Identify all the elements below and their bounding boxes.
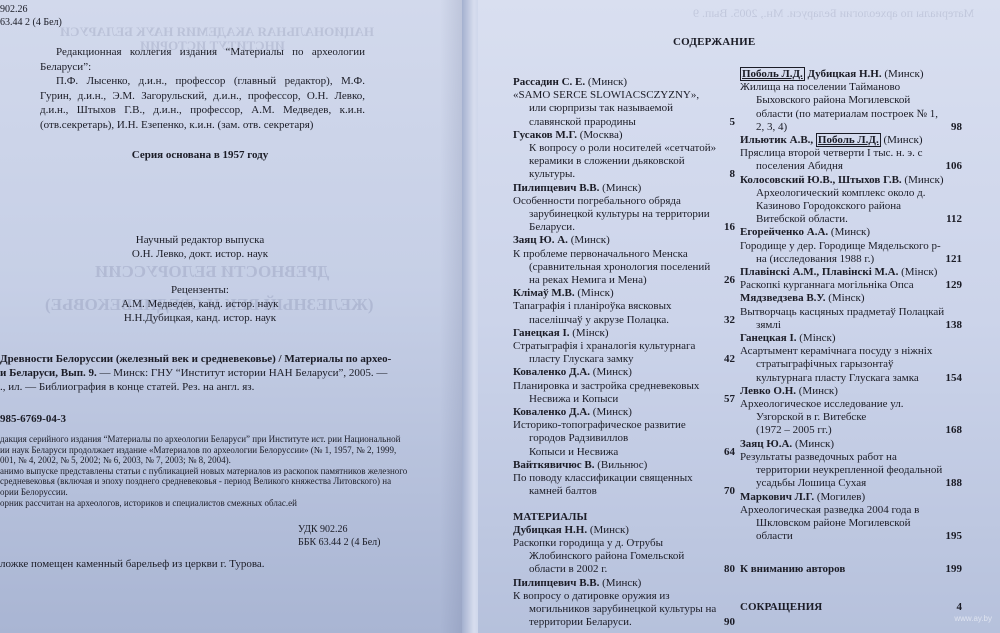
toc-page-number: 70 <box>724 485 735 498</box>
toc-author: Колосовский Ю.В., Штыхов Г.В. (Минск) <box>740 174 962 187</box>
editorial-board-intro: Редакционная коллегия издания “Материалы… <box>40 45 365 74</box>
toc-entry[interactable]: Пилипцевич В.В. (Минск)К вопросу о датир… <box>513 577 735 630</box>
toc-author: Клімаў М.В. (Мінск) <box>513 287 735 300</box>
toc-author-city: (Мінск) <box>828 292 864 304</box>
toc-author: Рассадин С. Е. (Минск) <box>513 76 735 89</box>
bibliographic-title: Древности Белоруссии (железный век и сре… <box>0 353 391 365</box>
toc-entry-title: территории неукрепленной феодальной <box>740 464 962 477</box>
toc-author-name: Мядзведзева В.У. <box>740 292 825 304</box>
toc-author: Ильютик А.В., Поболь Л.Д. (Минск) <box>740 134 962 147</box>
annotation-line: дакция серийного издания “Материалы по а… <box>0 434 420 445</box>
toc-author: Заяц Ю.А. (Минск) <box>740 438 962 451</box>
toc-entry[interactable]: Заяц Ю. А. (Минск)К проблеме первоначаль… <box>513 234 735 287</box>
annotation-line: средневековья (включая и эпоху позднего … <box>0 476 420 487</box>
toc-page-number: 98 <box>951 121 962 134</box>
bibliographic-notes: ., ил. — Библиография в конце статей. Ре… <box>0 380 400 394</box>
annotation: дакция серийного издания “Материалы по а… <box>0 434 420 508</box>
toc-entry-title: Пряслица второй четверти I тыс. н. э. с <box>740 147 962 160</box>
reviewers-label: Рецензенты: <box>0 283 400 297</box>
bleed-through-header: Материалы по археологии Беларуси. Мн., 2… <box>693 6 974 21</box>
bibliographic-publisher: — Минск: ГНУ “Институт истории НАН Белар… <box>97 367 388 379</box>
toc-entry[interactable]: Ганецкая І. (Мінск)Стратыграфія і хранал… <box>513 327 735 367</box>
toc-author: Коваленко Д.А. (Минск) <box>513 406 735 419</box>
toc-entry-title: городов Радзивиллов <box>513 432 735 445</box>
toc-page-number: 64 <box>724 446 735 459</box>
toc-entry-title: Раскопки городища у д. Отрубы <box>513 537 735 550</box>
toc-page-number: 138 <box>946 319 963 332</box>
toc-column-right: Поболь Л.Д. Дубицкая Н.Н. (Минск)Жилища … <box>740 68 962 614</box>
toc-entry-title: области (по материалам построек № 1, <box>740 108 962 121</box>
toc-entry-title: По поводу классификации священных <box>513 472 735 485</box>
bibliographic-title-cont: и Беларуси, Вып. 9. <box>0 367 97 379</box>
toc-author-name: Пилипцевич В.В. <box>513 577 599 589</box>
toc-author-name: Ильютик А.В., <box>740 134 813 146</box>
toc-entry-title: (1972 – 2005 гг.)168 <box>740 424 962 437</box>
toc-author-boxed: Поболь Л.Д. <box>740 67 805 81</box>
toc-author-city: (Минск) <box>795 438 834 450</box>
toc-entry[interactable]: Егорейченко А.А. (Минск)Городище у дер. … <box>740 226 962 266</box>
toc-entry-title: усадьбы Лошица Сухая188 <box>740 477 962 490</box>
toc-author-name: Дубицкая Н.Н. <box>513 524 587 536</box>
toc-page-number: 129 <box>946 279 963 292</box>
toc-entry[interactable]: Коваленко Д.А. (Минск)Планировка и застр… <box>513 366 735 406</box>
toc-entry-title: Асартымент керамічнага посуду з ніжніх <box>740 345 962 358</box>
toc-author-city: (Мінск) <box>799 332 835 344</box>
reviewer: Н.Н.Дубицкая, канд. истор. наук <box>0 311 400 325</box>
toc-author-name: Ганецкая І. <box>513 327 570 339</box>
toc-entry-title: Археологическое исследование ул. <box>740 398 962 411</box>
toc-author: Пилипцевич В.В. (Минск) <box>513 182 735 195</box>
toc-author: Гусаков М.Г. (Москва) <box>513 129 735 142</box>
toc-author-name: Гусаков М.Г. <box>513 129 577 141</box>
toc-entry-title: поселения Абидня106 <box>740 160 962 173</box>
toc-entry-title: К вопросу о роли носителей «сетчатой» <box>513 142 735 155</box>
toc-author-name: Маркович Л.Г. <box>740 491 814 503</box>
toc-entry[interactable]: Колосовский Ю.В., Штыхов Г.В. (Минск)Арх… <box>740 174 962 227</box>
toc-author-city: (Минск) <box>588 76 627 88</box>
annotation-line: 001, № 4, 2002, № 5, 2002; № 6, 2003, № … <box>0 455 420 466</box>
toc-author: Мядзведзева В.У. (Мінск) <box>740 292 962 305</box>
toc-entry[interactable]: Маркович Л.Г. (Могилев)Археологическая р… <box>740 491 962 544</box>
toc-entry-title: области195 <box>740 530 962 543</box>
toc-author: Заяц Ю. А. (Минск) <box>513 234 735 247</box>
toc-author-name: Дубицкая Н.Н. <box>808 68 882 80</box>
toc-entry-title: Копыси и Несвижа64 <box>513 446 735 459</box>
toc-page-number: 154 <box>946 372 963 385</box>
toc-author-city: (Минск) <box>831 226 870 238</box>
toc-page-number: 112 <box>946 213 962 226</box>
toc-author: Вайткявичюс В. (Вильнюс) <box>513 459 735 472</box>
toc-author-city: (Минск) <box>904 174 943 186</box>
toc-entry[interactable]: Вайткявичюс В. (Вильнюс)По поводу класси… <box>513 459 735 499</box>
toc-entry-title: Несвижа и Копыси57 <box>513 393 735 406</box>
toc-author-name: Рассадин С. Е. <box>513 76 585 88</box>
toc-author-name: Клімаў М.В. <box>513 287 575 299</box>
toc-entry-title: территории Беларуси.90 <box>513 616 735 629</box>
toc-author: Левко О.Н. (Минск) <box>740 385 962 398</box>
toc-entry-title: паселішчаў у акрузе Полацка.32 <box>513 314 735 327</box>
udk-code-top: 902.26 63.44 2 (4 Бел) <box>0 3 62 29</box>
annotation-line: ории Белоруссии. <box>0 487 420 498</box>
toc-author-city: (Мінск) <box>577 287 613 299</box>
toc-entry-title: Раскопкі курганнага могільніка Опса129 <box>740 279 962 292</box>
toc-author-name: Колосовский Ю.В., Штыхов Г.В. <box>740 174 902 186</box>
toc-entry[interactable]: Дубицкая Н.Н. (Минск)Раскопки городища у… <box>513 524 735 577</box>
toc-entry[interactable]: Ганецкая І. (Мінск)Асартымент керамічнаг… <box>740 332 962 385</box>
toc-entry-title: Городище у дер. Городище Мядельского р- <box>740 240 962 253</box>
toc-abbreviations-label: СОКРАЩЕНИЯ <box>740 601 822 613</box>
toc-entry-title: Беларуси.16 <box>513 221 735 234</box>
toc-author-city: (Минск) <box>602 182 641 194</box>
toc-author-city: (Минск) <box>799 385 838 397</box>
annotation-line: ии наук Беларуси продолжает издание «Мат… <box>0 445 420 456</box>
toc-page-number: 26 <box>724 274 735 287</box>
toc-entry-title: Казиново Городокского района <box>740 200 962 213</box>
toc-entry-title: К вопросу о датировке оружия из <box>513 590 735 603</box>
bbk-line: ББК 63.44 2 (4 Бел) <box>298 536 381 549</box>
toc-entry-title: Шкловском районе Могилевской <box>740 517 962 530</box>
toc-column-left: Рассадин С. Е. (Минск)«SAMO SERCE SLOWIA… <box>513 76 735 629</box>
toc-entry-title: Быховского района Могилевской <box>740 94 962 107</box>
toc-entry-title: Жлобинского района Гомельской <box>513 550 735 563</box>
toc-entry[interactable]: Заяц Ю.А. (Минск)Результаты разведочных … <box>740 438 962 491</box>
toc-author-name: Вайткявичюс В. <box>513 459 594 471</box>
toc-entry-title: камней балтов70 <box>513 485 735 498</box>
toc-page-number: 80 <box>724 563 735 576</box>
toc-page-number: 57 <box>724 393 735 406</box>
toc-entry[interactable]: Ильютик А.В., Поболь Л.Д. (Минск)Пряслиц… <box>740 134 962 174</box>
toc-entry-title: культурнага пласту Глускага замка154 <box>740 372 962 385</box>
toc-page-number: 106 <box>946 160 963 173</box>
annotation-line: орник рассчитан на археологов, историков… <box>0 498 420 509</box>
toc-author-name: Коваленко Д.А. <box>513 406 590 418</box>
toc-author-city: (Могилев) <box>817 491 865 503</box>
bleed-through-text: ДРЕВНОСТИ БЕЛОРУССИИ <box>95 262 329 282</box>
reviewer: А.М. Медведев, канд. истор. наук <box>0 297 400 311</box>
toc-entry[interactable]: Коваленко Д.А. (Минск)Историко-топографи… <box>513 406 735 459</box>
series-founded: Серия основана в 1957 году <box>0 149 400 161</box>
toc-entry-title: культуры.8 <box>513 168 735 181</box>
udk-line: 902.26 <box>0 3 62 16</box>
toc-author: Маркович Л.Г. (Могилев) <box>740 491 962 504</box>
toc-entry-title: или сюрпризы так называемой <box>513 102 735 115</box>
watermark: www.ay.by <box>954 614 992 623</box>
toc-author-city: (Минск) <box>883 134 922 146</box>
scientific-editor-label: Научный редактор выпуска <box>0 233 400 247</box>
bibliographic-record: Древности Белоруссии (железный век и сре… <box>0 352 400 394</box>
toc-to-authors[interactable]: К вниманию авторов199 <box>740 563 962 576</box>
toc-author-name: Ганецкая І. <box>740 332 797 344</box>
toc-entry-title: керамики в сложении дьяковской <box>513 155 735 168</box>
scientific-editor-name: О.Н. Левко, докт. истор. наук <box>0 247 400 261</box>
toc-author-name: Левко О.Н. <box>740 385 796 397</box>
toc-section-materials: МАТЕРИАЛЫ <box>513 511 735 524</box>
toc-entry[interactable]: Рассадин С. Е. (Минск)«SAMO SERCE SLOWIA… <box>513 76 735 129</box>
toc-author-name: Коваленко Д.А. <box>513 366 590 378</box>
reviewers: Рецензенты: А.М. Медведев, канд. истор. … <box>0 283 400 325</box>
toc-page-number: 4 <box>957 601 963 614</box>
toc-entry-title: Витебской области.112 <box>740 213 962 226</box>
toc-author: Егорейченко А.А. (Минск) <box>740 226 962 239</box>
toc-page-number: 121 <box>946 253 963 266</box>
toc-page-number: 8 <box>730 168 736 181</box>
toc-entry[interactable]: Поболь Л.Д. Дубицкая Н.Н. (Минск)Жилища … <box>740 68 962 134</box>
toc-page-number: 199 <box>946 563 963 576</box>
book-spread: НАЦИОНАЛЬНАЯ АКАДЕМИЯ НАУК БЕЛАРУСИ ИНСТ… <box>0 0 1000 633</box>
toc-author-city: (Минск) <box>590 524 629 536</box>
bbk-line: 63.44 2 (4 Бел) <box>0 16 62 29</box>
toc-author-city: (Мінск) <box>901 266 937 278</box>
toc-author-boxed: Поболь Л.Д. <box>816 133 881 147</box>
toc-author-name: Плавінскі А.М., Плавінскі М.А. <box>740 266 898 278</box>
toc-entry-title: Археологический комплекс около д. <box>740 187 962 200</box>
toc-entry-title: стратыграфічных гарызонтаў <box>740 358 962 371</box>
editorial-board: Редакционная коллегия издания “Материалы… <box>40 45 365 132</box>
toc-author-city: (Минск) <box>602 577 641 589</box>
toc-entry[interactable]: Плавінскі А.М., Плавінскі М.А. (Мінск)Ра… <box>740 266 962 292</box>
toc-page-number: 5 <box>730 116 736 129</box>
toc-author-name: Пилипцевич В.В. <box>513 182 599 194</box>
toc-entry-title: Вытворчаць касцяных прадметаў Полацкай <box>740 306 962 319</box>
annotation-line: анимо выпуске представлены статьи с публ… <box>0 466 420 477</box>
toc-entry-title: Узгорской в г. Витебске <box>740 411 962 424</box>
cover-note: ложке помещен каменный барельеф из церкв… <box>0 558 265 570</box>
toc-author-city: (Вильнюс) <box>597 459 647 471</box>
toc-entry-title: Стратыграфія і храналогія культурнага <box>513 340 735 353</box>
toc-entry-title: Результаты разведочных работ на <box>740 451 962 464</box>
toc-author-city: (Москва) <box>580 129 623 141</box>
toc-abbreviations[interactable]: СОКРАЩЕНИЯ4 <box>740 601 962 614</box>
toc-page-number: 42 <box>724 353 735 366</box>
toc-entry-title: К проблеме первоначального Менска <box>513 248 735 261</box>
toc-page-number: 90 <box>724 616 735 629</box>
right-page: Материалы по археологии Беларуси. Мн., 2… <box>478 0 1000 633</box>
toc-entry[interactable]: Гусаков М.Г. (Москва)К вопросу о роли но… <box>513 129 735 182</box>
toc-entry-title: (сравнительная хронология поселений <box>513 261 735 274</box>
toc-author-name: Заяц Ю. А. <box>513 234 568 246</box>
toc-author-name: Заяц Ю.А. <box>740 438 792 450</box>
toc-entry-title: Особенности погребального обряда <box>513 195 735 208</box>
scientific-editor: Научный редактор выпуска О.Н. Левко, док… <box>0 233 400 261</box>
toc-entry-title: Планировка и застройка средневековых <box>513 380 735 393</box>
toc-author-city: (Минск) <box>571 234 610 246</box>
toc-entry-title: «SAMO SERCE SLOWIACSCZYZNY», <box>513 89 735 102</box>
toc-author: Поболь Л.Д. Дубицкая Н.Н. (Минск) <box>740 68 962 81</box>
toc-author: Дубицкая Н.Н. (Минск) <box>513 524 735 537</box>
toc-author: Коваленко Д.А. (Минск) <box>513 366 735 379</box>
toc-author-city: (Минск) <box>593 366 632 378</box>
toc-page-number: 188 <box>946 477 963 490</box>
toc-entry-title: славянской прародины5 <box>513 116 735 129</box>
toc-author: Ганецкая І. (Мінск) <box>513 327 735 340</box>
toc-entry-title: области в 2002 г.80 <box>513 563 735 576</box>
toc-entry-title: зямлі138 <box>740 319 962 332</box>
toc-author-city: (Минск) <box>884 68 923 80</box>
toc-entry[interactable]: Пилипцевич В.В. (Минск)Особенности погре… <box>513 182 735 235</box>
toc-author-name: Егорейченко А.А. <box>740 226 828 238</box>
toc-page-number: 195 <box>946 530 963 543</box>
toc-page-number: 168 <box>946 424 963 437</box>
toc-author: Ганецкая І. (Мінск) <box>740 332 962 345</box>
toc-entry-title: на реках Немига и Мена)26 <box>513 274 735 287</box>
toc-entry-title: Жилища на поселении Тайманово <box>740 81 962 94</box>
toc-entry-title: Тапаграфія і планіроўка вясковых <box>513 300 735 313</box>
toc-entry[interactable]: Клімаў М.В. (Мінск)Тапаграфія і планіроў… <box>513 287 735 327</box>
toc-author: Пилипцевич В.В. (Минск) <box>513 577 735 590</box>
toc-author-city: (Минск) <box>593 406 632 418</box>
udk-line: УДК 902.26 <box>298 523 381 536</box>
isbn: 985-6769-04-3 <box>0 413 66 425</box>
toc-entry-title: зарубинецкой культуры на территории <box>513 208 735 221</box>
toc-entry-title: Историко-топографическое развитие <box>513 419 735 432</box>
toc-to-authors-label: К вниманию авторов <box>740 563 845 575</box>
toc-title: СОДЕРЖАНИЕ <box>673 36 755 48</box>
udk-code-bottom: УДК 902.26 ББК 63.44 2 (4 Бел) <box>298 523 381 549</box>
toc-author-city: (Мінск) <box>572 327 608 339</box>
toc-entry[interactable]: Левко О.Н. (Минск)Археологическое исслед… <box>740 385 962 438</box>
toc-entry-title: пласту Глускага замку42 <box>513 353 735 366</box>
left-page: НАЦИОНАЛЬНАЯ АКАДЕМИЯ НАУК БЕЛАРУСИ ИНСТ… <box>0 0 470 633</box>
toc-author: Плавінскі А.М., Плавінскі М.А. (Мінск) <box>740 266 962 279</box>
toc-entry-title: на (исследования 1988 г.)121 <box>740 253 962 266</box>
toc-page-number: 32 <box>724 314 735 327</box>
toc-page-number: 16 <box>724 221 735 234</box>
toc-entry[interactable]: Мядзведзева В.У. (Мінск)Вытворчаць касця… <box>740 292 962 332</box>
toc-entry-title: могильников зарубинецкой культуры на <box>513 603 735 616</box>
editorial-board-members: П.Ф. Лысенко, д.и.н., профессор (главный… <box>40 74 365 132</box>
toc-entry-title: Археологическая разведка 2004 года в <box>740 504 962 517</box>
